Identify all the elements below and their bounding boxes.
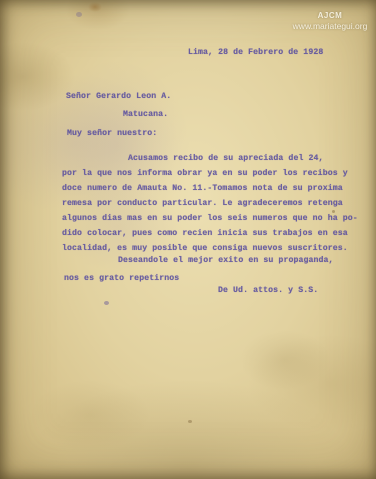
letter-body: Acusamos recibo de su apreciada del 24, …	[62, 151, 358, 256]
watermark-acronym: AJCM	[290, 11, 370, 20]
body-line: remesa por conducto particular. Le agrad…	[62, 196, 358, 211]
body-line: doce numero de Amauta No. 11.-Tomamos no…	[62, 181, 358, 196]
salutation: Muy señor nuestro:	[67, 129, 157, 138]
recipient-city: Matucana.	[123, 110, 168, 119]
body-line: algunos dias mas en su poder los seis nu…	[62, 211, 358, 226]
closing-line: Deseandole el mejor exito en su propagan…	[118, 256, 334, 265]
date-line: Lima, 28 de Febrero de 1928	[188, 48, 323, 57]
closing-line: nos es grato repetirnos	[64, 274, 179, 283]
paper-stain	[240, 330, 330, 390]
body-line: por la que nos informa obrar ya en su po…	[62, 166, 358, 181]
paper-stain	[30, 380, 150, 450]
body-line: localidad, es muy posible que consiga nu…	[62, 241, 358, 256]
body-line: dido colocar, pues como recien inicia su…	[62, 226, 358, 241]
signoff: De Ud. attos. y S.S.	[218, 286, 318, 295]
ink-speck	[76, 12, 82, 17]
paper-stain	[88, 2, 102, 12]
archive-watermark: AJCM www.mariategui.org	[290, 11, 370, 31]
body-line: Acusamos recibo de su apreciada del 24,	[62, 151, 358, 166]
paper-speck	[188, 420, 192, 423]
watermark-url: www.mariategui.org	[290, 21, 370, 31]
ink-speck	[104, 301, 109, 305]
recipient-name: Señor Gerardo Leon A.	[66, 92, 171, 101]
letter-photo: AJCM www.mariategui.org Lima, 28 de Febr…	[0, 0, 376, 479]
